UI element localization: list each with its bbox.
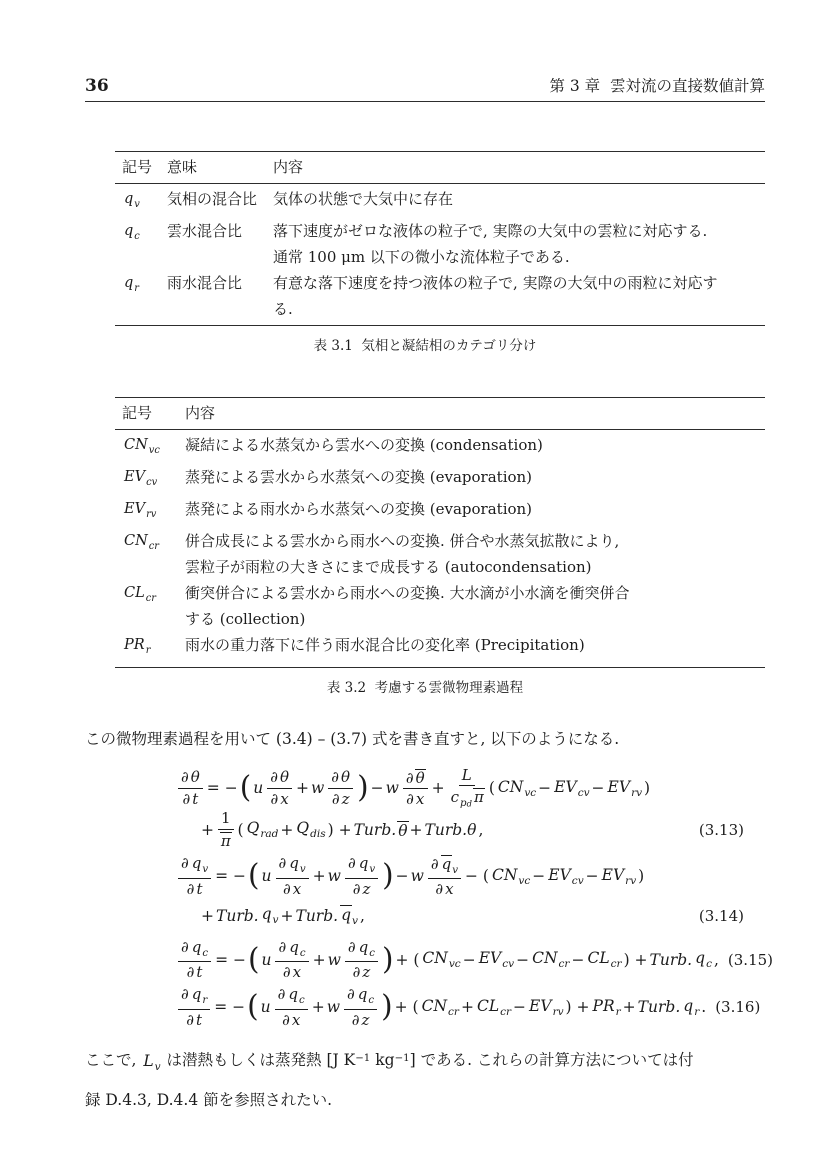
content-cell: 雨水の重力落下に伴う雨水混合比の変化率 (Precipitation) — [185, 632, 765, 664]
table-row: qr雨水混合比有意な落下速度を持つ液体の粒子で, 実際の大気中の雨粒に対応する. — [115, 270, 765, 322]
table-3-2-body: CNvc凝結による水蒸気から雲水への変換 (condensation)EVcv蒸… — [115, 430, 765, 667]
content-cell: 衝突併合による雲水から雨水への変換. 大水滴が小水滴を衝突併合する (colle… — [185, 580, 765, 632]
symbol-cell: qv — [122, 186, 167, 218]
math-fraction: ∂qr∂t — [178, 986, 210, 1028]
math-fraction: Lcpdπ — [449, 767, 485, 810]
table-3-1-caption: 表 3.1 気相と凝結相のカテゴリ分け — [85, 334, 765, 354]
symbol-cell: CLcr — [122, 580, 185, 632]
table-3-2-caption: 表 3.2 考慮する雲微物理素過程 — [85, 676, 765, 696]
column-header: 記号 — [122, 401, 185, 426]
table-3-1-header: 記号意味内容 — [115, 152, 765, 184]
table-3-2-header: 記号内容 — [115, 398, 765, 430]
document-page: 36 第 3 章 雲対流の直接数値計算 記号意味内容 qv気相の混合比気体の状態… — [0, 0, 826, 1169]
equation-number: (3.16) — [707, 998, 760, 1016]
table-3-1: 記号意味内容 qv気相の混合比気体の状態で大気中に存在qc雲水混合比落下速度がゼ… — [115, 151, 765, 326]
equation: ∂θ∂t= −(u∂θ∂x+w∂θ∂z)−w∂θ∂x+Lcpdπ(CNvc−EV… — [85, 767, 765, 850]
symbol-cell: PRr — [122, 632, 185, 664]
body-paragraph: この微物理素過程を用いて (3.4) – (3.7) 式を書き直すと, 以下のよ… — [85, 727, 765, 749]
math-fraction: ∂qc∂z — [345, 939, 378, 981]
meaning-cell: 雨水混合比 — [167, 270, 273, 322]
table-row: EVcv蒸発による雲水から水蒸気への変換 (evaporation) — [115, 464, 765, 496]
column-header: 内容 — [273, 155, 765, 180]
math-fraction: ∂qv∂x — [276, 855, 309, 897]
meaning-cell: 雲水混合比 — [167, 218, 273, 270]
equation-number: (3.13) — [691, 821, 744, 839]
closing-line: ここで, Lv は潜熱もしくは蒸発熱 [J K−1 kg−1] である. これら… — [85, 1042, 765, 1083]
table-row: EVrv蒸発による雨水から水蒸気への変換 (evaporation) — [115, 496, 765, 528]
column-header: 内容 — [185, 401, 765, 426]
content-cell: 凝結による水蒸気から雲水への変換 (condensation) — [185, 432, 765, 464]
math-fraction: ∂qv∂z — [345, 855, 378, 897]
math-fraction: ∂qv∂x — [428, 855, 461, 898]
content-cell: 落下速度がゼロな液体の粒子で, 実際の大気中の雲粒に対応する.通常 100 μm… — [273, 218, 765, 270]
equation-line: +1π(Qrad+Qdis) +Turb.θ+Turb.θ,(3.13) — [85, 810, 765, 850]
equation-line: ∂qr∂t= −(u∂qc∂x+w∂qc∂z)+ (CNcr+CLcr−EVrv… — [85, 986, 765, 1028]
table-row: CNvc凝結による水蒸気から雲水への変換 (condensation) — [115, 432, 765, 464]
table-row: qc雲水混合比落下速度がゼロな液体の粒子で, 実際の大気中の雲粒に対応する.通常… — [115, 218, 765, 270]
math-fraction: ∂qc∂x — [275, 939, 308, 981]
equation: ∂qc∂t= −(u∂qc∂x+w∂qc∂z)+ (CNvc−EVcv−CNcr… — [85, 939, 765, 981]
equation: ∂qr∂t= −(u∂qc∂x+w∂qc∂z)+ (CNcr+CLcr−EVrv… — [85, 986, 765, 1028]
equation-number: (3.15) — [720, 951, 773, 969]
symbol-cell: CNvc — [122, 432, 185, 464]
content-cell: 併合成長による雲水から雨水への変換. 併合や水蒸気拡散により,雲粒子が雨粒の大き… — [185, 528, 765, 580]
math-fraction: ∂θ∂z — [328, 769, 353, 808]
content-cell: 蒸発による雨水から水蒸気への変換 (evaporation) — [185, 496, 765, 528]
table-row: CNcr併合成長による雲水から雨水への変換. 併合や水蒸気拡散により,雲粒子が雨… — [115, 528, 765, 580]
content-cell: 気体の状態で大気中に存在 — [273, 186, 765, 218]
table-3-2: 記号内容 CNvc凝結による水蒸気から雲水への変換 (condensation)… — [115, 397, 765, 668]
equations: ∂θ∂t= −(u∂θ∂x+w∂θ∂z)−w∂θ∂x+Lcpdπ(CNvc−EV… — [85, 767, 765, 1029]
content-cell: 有意な落下速度を持つ液体の粒子で, 実際の大気中の雨粒に対応する. — [273, 270, 765, 322]
chapter-title: 第 3 章 雲対流の直接数値計算 — [549, 74, 765, 96]
math-fraction: ∂qc∂z — [344, 986, 377, 1028]
math-fraction: ∂qc∂x — [275, 986, 308, 1028]
math-fraction: ∂qc∂t — [178, 939, 211, 981]
equation-line: ∂qv∂t= −(u∂qv∂x+w∂qv∂z)−w∂qv∂x− (CNvc−EV… — [85, 855, 765, 898]
math-fraction: ∂qv∂t — [178, 855, 211, 897]
closing-line: 録 D.4.3, D.4.4 節を参照されたい. — [85, 1084, 765, 1117]
equation-number: (3.14) — [691, 907, 744, 925]
column-header: 記号 — [122, 155, 167, 180]
symbol-cell: EVrv — [122, 496, 185, 528]
table-row: PRr雨水の重力落下に伴う雨水混合比の変化率 (Precipitation) — [115, 632, 765, 664]
symbol-cell: CNcr — [122, 528, 185, 580]
symbol-cell: EVcv — [122, 464, 185, 496]
equation-line: ∂qc∂t= −(u∂qc∂x+w∂qc∂z)+ (CNvc−EVcv−CNcr… — [85, 939, 765, 981]
symbol-cell: qr — [122, 270, 167, 322]
equation: ∂qv∂t= −(u∂qv∂x+w∂qv∂z)−w∂qv∂x− (CNvc−EV… — [85, 855, 765, 934]
content-cell: 蒸発による雲水から水蒸気への変換 (evaporation) — [185, 464, 765, 496]
table-row: CLcr衝突併合による雲水から雨水への変換. 大水滴が小水滴を衝突併合する (c… — [115, 580, 765, 632]
meaning-cell: 気相の混合比 — [167, 186, 273, 218]
math-fraction: ∂θ∂x — [403, 769, 428, 809]
column-header: 意味 — [167, 155, 273, 180]
symbol-cell: qc — [122, 218, 167, 270]
equation-line: ∂θ∂t= −(u∂θ∂x+w∂θ∂z)−w∂θ∂x+Lcpdπ(CNvc−EV… — [85, 767, 765, 810]
page-header: 36 第 3 章 雲対流の直接数値計算 — [85, 74, 765, 102]
equation-line: +Turb.qv+Turb.qv,(3.14) — [85, 898, 765, 934]
math-fraction: ∂θ∂x — [267, 769, 292, 808]
math-fraction: 1π — [218, 810, 234, 850]
closing-paragraph: ここで, Lv は潜熱もしくは蒸発熱 [J K−1 kg−1] である. これら… — [85, 1042, 765, 1116]
table-3-1-body: qv気相の混合比気体の状態で大気中に存在qc雲水混合比落下速度がゼロな液体の粒子… — [115, 184, 765, 325]
page-number: 36 — [85, 76, 109, 96]
math-fraction: ∂θ∂t — [178, 769, 203, 808]
table-row: qv気相の混合比気体の状態で大気中に存在 — [115, 186, 765, 218]
